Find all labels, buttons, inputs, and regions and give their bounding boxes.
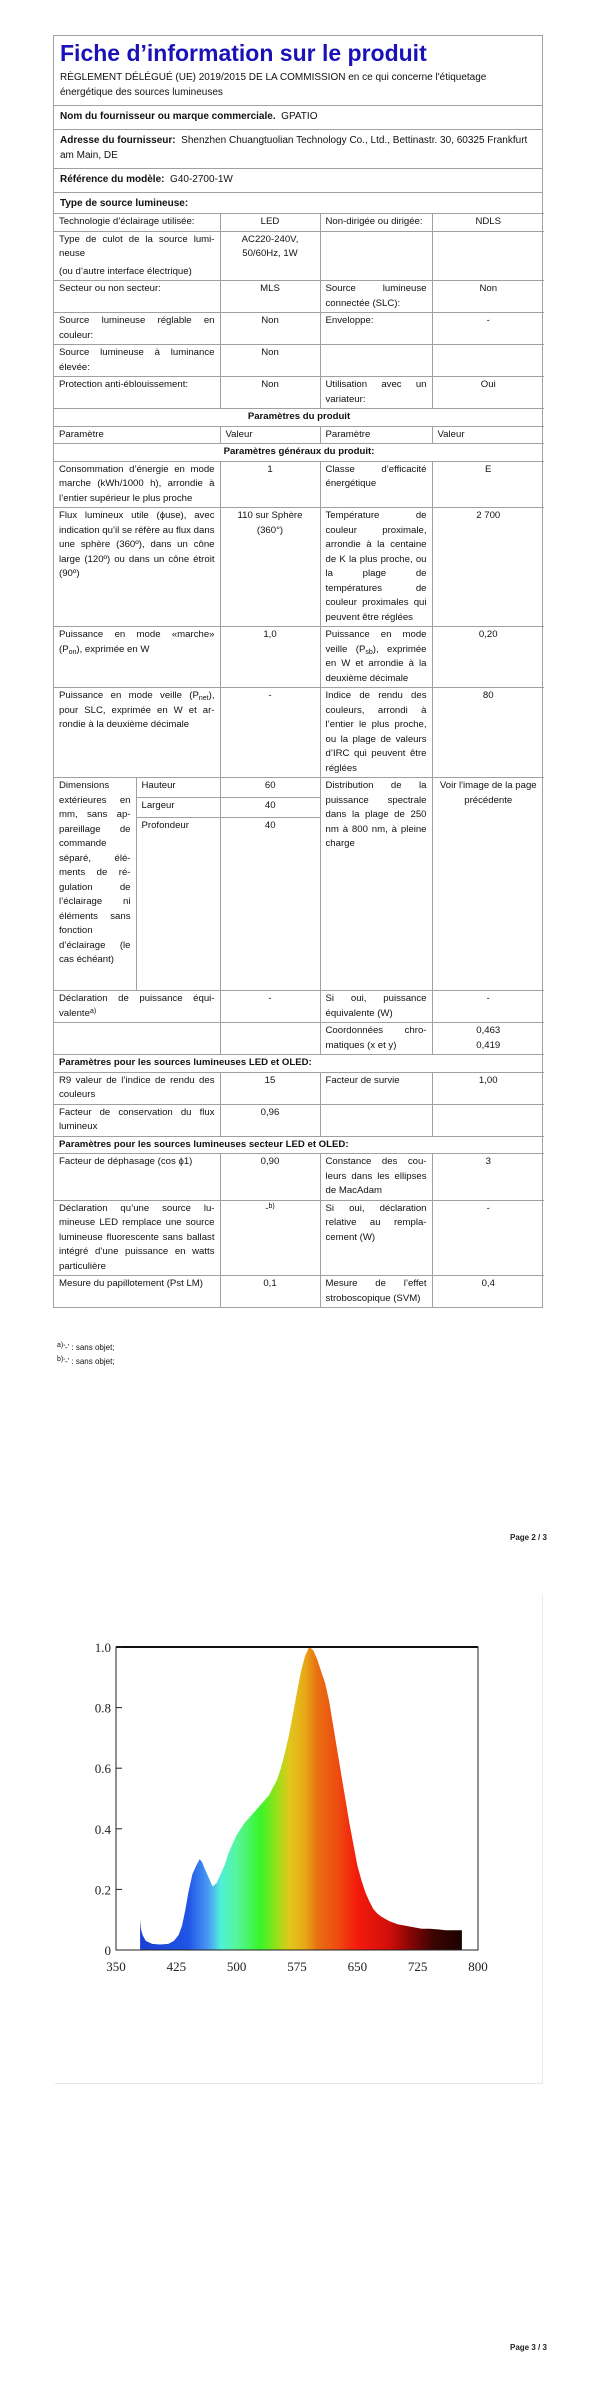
column-header-row: Paramètre Valeur Paramètre Valeur [54, 426, 544, 444]
param-label: Puissance en mode «marche» (Pon), exprim… [54, 627, 220, 688]
regulation-text: RÈGLEMENT DÉLÉGUÉ (UE) 2019/2015 DE LA C… [54, 68, 542, 105]
param-label: Facteur de déphasage (cos ϕ1) [54, 1154, 220, 1201]
param-value: 0,4 [432, 1276, 544, 1308]
section-heading-row: Paramètres pour les sources lumineuses L… [54, 1055, 544, 1073]
y-tick-label: 1.0 [95, 1640, 111, 1655]
param-label: Source lumineuse connectée (SLC): [320, 281, 432, 313]
x-tick-label: 725 [408, 1959, 428, 1974]
supplier-name-row: Nom du fournisseur ou marque commerciale… [54, 105, 542, 129]
chromaticity-y: 0,419 [438, 1039, 540, 1054]
column-header-value: Valeur [432, 426, 544, 444]
table-row: Protection anti-éblouissement: Non Utili… [54, 377, 544, 409]
supplier-name-label: Nom du fournisseur ou marque commerciale… [60, 111, 276, 122]
page-title: Fiche d’information sur le produit [54, 36, 542, 68]
param-label: Source lumineuse à luminance élevée: [54, 345, 220, 377]
param-value: 3 [432, 1154, 544, 1201]
mains-led-params-heading: Paramètres pour les sources lumineuses s… [54, 1136, 544, 1154]
param-label: Enveloppe: [320, 313, 432, 345]
spectral-power-chart: 00.20.40.60.81.0350425500575650725800 [55, 1595, 543, 2084]
dimension-name: Hauteur [136, 778, 220, 797]
param-label: Flux lumineux utile (ϕuse), avec indicat… [54, 508, 220, 627]
table-row: Facteur de déphasage (cos ϕ1) 0,90 Const… [54, 1154, 544, 1201]
dimension-name: Largeur [136, 797, 220, 817]
param-value: 1,0 [220, 627, 320, 688]
table-row: Puissance en mode veille (Pnet), pour SL… [54, 688, 544, 778]
supplier-address-label: Adresse du fournisseur: [60, 135, 176, 146]
dimensions-subtable: Dimensions extérieures en mm, sans ap­pa… [54, 778, 320, 990]
param-value: Voir l'image de la page précédente [432, 778, 544, 991]
param-value: Non [220, 345, 320, 377]
table-row: Puissance en mode «marche» (Pon), exprim… [54, 627, 544, 688]
param-value: 1 [220, 461, 320, 508]
param-value: - [220, 991, 320, 1023]
supplier-address-row: Adresse du fournisseur: Shenzhen Chuangt… [54, 129, 542, 168]
param-value: 0,1 [220, 1276, 320, 1308]
y-tick-label: 0 [105, 1943, 112, 1958]
supplier-name-value: GPATIO [281, 111, 317, 122]
param-value: Non [432, 281, 544, 313]
param-value: LED [220, 214, 320, 232]
empty-cell [54, 1023, 220, 1055]
cap-type-label-extra: (ou d’autre interface électrique) [59, 265, 215, 280]
dimension-value: 40 [220, 797, 320, 817]
spectrum-area [140, 1647, 462, 1950]
x-tick-label: 350 [106, 1959, 126, 1974]
footnote-a: a)‘-’ : sans objet; [57, 1341, 115, 1355]
param-label: R9 valeur de l’indice de rendu des coule… [54, 1072, 220, 1104]
x-tick-label: 800 [468, 1959, 488, 1974]
dimensions-label: Dimensions extérieures en mm, sans ap­pa… [54, 778, 136, 990]
dimensions-cell: Dimensions extérieures en mm, sans ap­pa… [54, 778, 320, 991]
param-value: 0,20 [432, 627, 544, 688]
x-tick-label: 650 [348, 1959, 368, 1974]
source-type-heading: Type de source lumineuse: [60, 198, 188, 209]
param-value: Non [220, 377, 320, 409]
table-row: Flux lumineux utile (ϕuse), avec indicat… [54, 508, 544, 627]
product-params-heading: Paramètres du produit [54, 409, 544, 427]
param-value: MLS [220, 281, 320, 313]
table-row: Source lumineuse réglable en couleur: No… [54, 313, 544, 345]
param-value: - [220, 688, 320, 778]
table-row: Technologie d’éclairage utili­sée: LED N… [54, 214, 544, 232]
param-value: 0,96 [220, 1104, 320, 1136]
table-row: Secteur ou non secteur: MLS Source lumin… [54, 281, 544, 313]
param-label: Mesure de l’ef­fet stroboscopique (SVM) [320, 1276, 432, 1308]
table-row: Facteur de conservation du flux lumineux… [54, 1104, 544, 1136]
footnote-marker: a) [90, 1008, 96, 1015]
param-value [432, 231, 544, 281]
chromaticity-x: 0,463 [438, 1024, 540, 1039]
dimension-value: 40 [220, 818, 320, 991]
footnote-text: ‘-’ : sans objet; [63, 1343, 114, 1352]
column-header-param: Paramètre [320, 426, 432, 444]
param-label [320, 345, 432, 377]
param-label: Utilisation avec un variateur: [320, 377, 432, 409]
dimensions-row: Dimensions extérieures en mm, sans ap­pa… [54, 778, 544, 991]
param-label: Si oui, déclaration relative au rempla­c… [320, 1200, 432, 1276]
param-value: 0,463 0,419 [432, 1023, 544, 1055]
footnote-b: b)‘-’ : sans objet; [57, 1355, 115, 1369]
led-params-heading: Paramètres pour les sources lumineuses L… [54, 1055, 544, 1073]
dimension-value: 60 [220, 778, 320, 797]
param-label: Secteur ou non secteur: [54, 281, 220, 313]
param-label: Déclaration de puissance équi­valentea) [54, 991, 220, 1023]
dimension-name: Profondeur [136, 818, 220, 991]
x-tick-label: 575 [287, 1959, 307, 1974]
empty-cell [220, 1023, 320, 1055]
label-subscript: sb [365, 649, 372, 656]
param-value: 110 sur Sphère (360°) [220, 508, 320, 627]
table-row: Coordonnées chro­matiques (x et y) 0,463… [54, 1023, 544, 1055]
param-value: AC220-240V, 50/60Hz, 1W [220, 231, 320, 281]
param-value [432, 345, 544, 377]
footnotes: a)‘-’ : sans objet; b)‘-’ : sans objet; [57, 1341, 115, 1369]
param-label [320, 231, 432, 281]
table-row: Mesure du papillotement (Pst LM) 0,1 Mes… [54, 1276, 544, 1308]
param-value: - [432, 991, 544, 1023]
param-label: Facteur de survie [320, 1072, 432, 1104]
param-label: Constance des cou­leurs dans les el­lips… [320, 1154, 432, 1201]
param-label: Puissance en mode veille (Psb), exprimée… [320, 627, 432, 688]
param-label: Température de couleur proximale, arrond… [320, 508, 432, 627]
y-tick-label: 0.2 [95, 1882, 111, 1897]
page-number: Page 3 / 3 [510, 2343, 547, 2352]
param-label: Déclaration qu’une source lu­mineuse LED… [54, 1200, 220, 1276]
param-label: Si oui, puissance équivalente (W) [320, 991, 432, 1023]
x-tick-label: 500 [227, 1959, 247, 1974]
model-row: Référence du modèle: G40-2700-1W [54, 168, 542, 192]
column-header-value: Valeur [220, 426, 320, 444]
param-value: 1,00 [432, 1072, 544, 1104]
param-label: Distribution de la puissance spectrale d… [320, 778, 432, 991]
param-value: NDLS [432, 214, 544, 232]
table-row: R9 valeur de l’indice de rendu des coule… [54, 1072, 544, 1104]
param-value: 2 700 [432, 508, 544, 627]
section-heading-row: Paramètres du produit [54, 409, 544, 427]
column-header-param: Paramètre [54, 426, 220, 444]
param-value: Oui [432, 377, 544, 409]
param-value: - [432, 313, 544, 345]
x-tick-label: 425 [167, 1959, 187, 1974]
y-tick-label: 0.4 [95, 1822, 112, 1837]
model-value: G40-2700-1W [170, 174, 233, 185]
param-label: Source lumineuse réglable en couleur: [54, 313, 220, 345]
param-value: 0,90 [220, 1154, 320, 1201]
label-subscript: net [199, 695, 209, 702]
footnote-text: ‘-’ : sans objet; [63, 1357, 114, 1366]
cap-type-label: Type de culot de la source lumi­neuse [59, 233, 215, 262]
param-label: Protection anti-éblouissement: [54, 377, 220, 409]
param-label: Non-dirigée ou diri­gée: [320, 214, 432, 232]
label-text: Puissance en mode veille (P [59, 690, 199, 701]
param-value: E [432, 461, 544, 508]
table-row: Déclaration qu’une source lu­mineuse LED… [54, 1200, 544, 1276]
param-label: Technologie d’éclairage utili­sée: [54, 214, 220, 232]
param-value: 15 [220, 1072, 320, 1104]
param-value: -b) [220, 1200, 320, 1276]
parameters-table: Technologie d’éclairage utili­sée: LED N… [54, 213, 544, 1307]
param-label [320, 1104, 432, 1136]
section-heading-row: Paramètres pour les sources lumineuses s… [54, 1136, 544, 1154]
table-row: Type de culot de la source lumi­neuse (o… [54, 231, 544, 281]
param-label: Puissance en mode veille (Pnet), pour SL… [54, 688, 220, 778]
label-text: ), exprimée en W [76, 644, 149, 655]
y-tick-label: 0.6 [95, 1761, 112, 1776]
param-label: Facteur de conservation du flux lumineux [54, 1104, 220, 1136]
page-number: Page 2 / 3 [510, 1533, 547, 1542]
param-value: - [432, 1200, 544, 1276]
table-row: Consommation d’énergie en mode marche (k… [54, 461, 544, 508]
model-label: Référence du modèle: [60, 174, 164, 185]
y-tick-label: 0.8 [95, 1701, 111, 1716]
spectrum-chart-frame: 00.20.40.60.81.0350425500575650725800 [55, 1595, 543, 2084]
param-label: Indice de rendu des couleurs, arron­di à… [320, 688, 432, 778]
footnote-marker: b) [268, 1203, 274, 1210]
source-type-heading-row: Type de source lumineuse: [54, 192, 542, 213]
general-params-heading: Paramètres généraux du produit: [54, 444, 544, 462]
product-information-sheet: Fiche d’information sur le produit RÈGLE… [53, 35, 543, 1308]
section-heading-row: Paramètres généraux du produit: [54, 444, 544, 462]
param-label: Consommation d’énergie en mode marche (k… [54, 461, 220, 508]
table-row: Source lumineuse à luminance élevée: Non [54, 345, 544, 377]
param-value: 80 [432, 688, 544, 778]
param-label: Mesure du papillotement (Pst LM) [54, 1276, 220, 1308]
param-label: Classe d’efficacité énergétique [320, 461, 432, 508]
param-value [432, 1104, 544, 1136]
label-text: Déclaration de puissance équi­valente [59, 993, 215, 1019]
table-row: Déclaration de puissance équi­valentea) … [54, 991, 544, 1023]
param-label: Type de culot de la source lumi­neuse (o… [54, 231, 220, 281]
param-label: Coordonnées chro­matiques (x et y) [320, 1023, 432, 1055]
param-value: Non [220, 313, 320, 345]
